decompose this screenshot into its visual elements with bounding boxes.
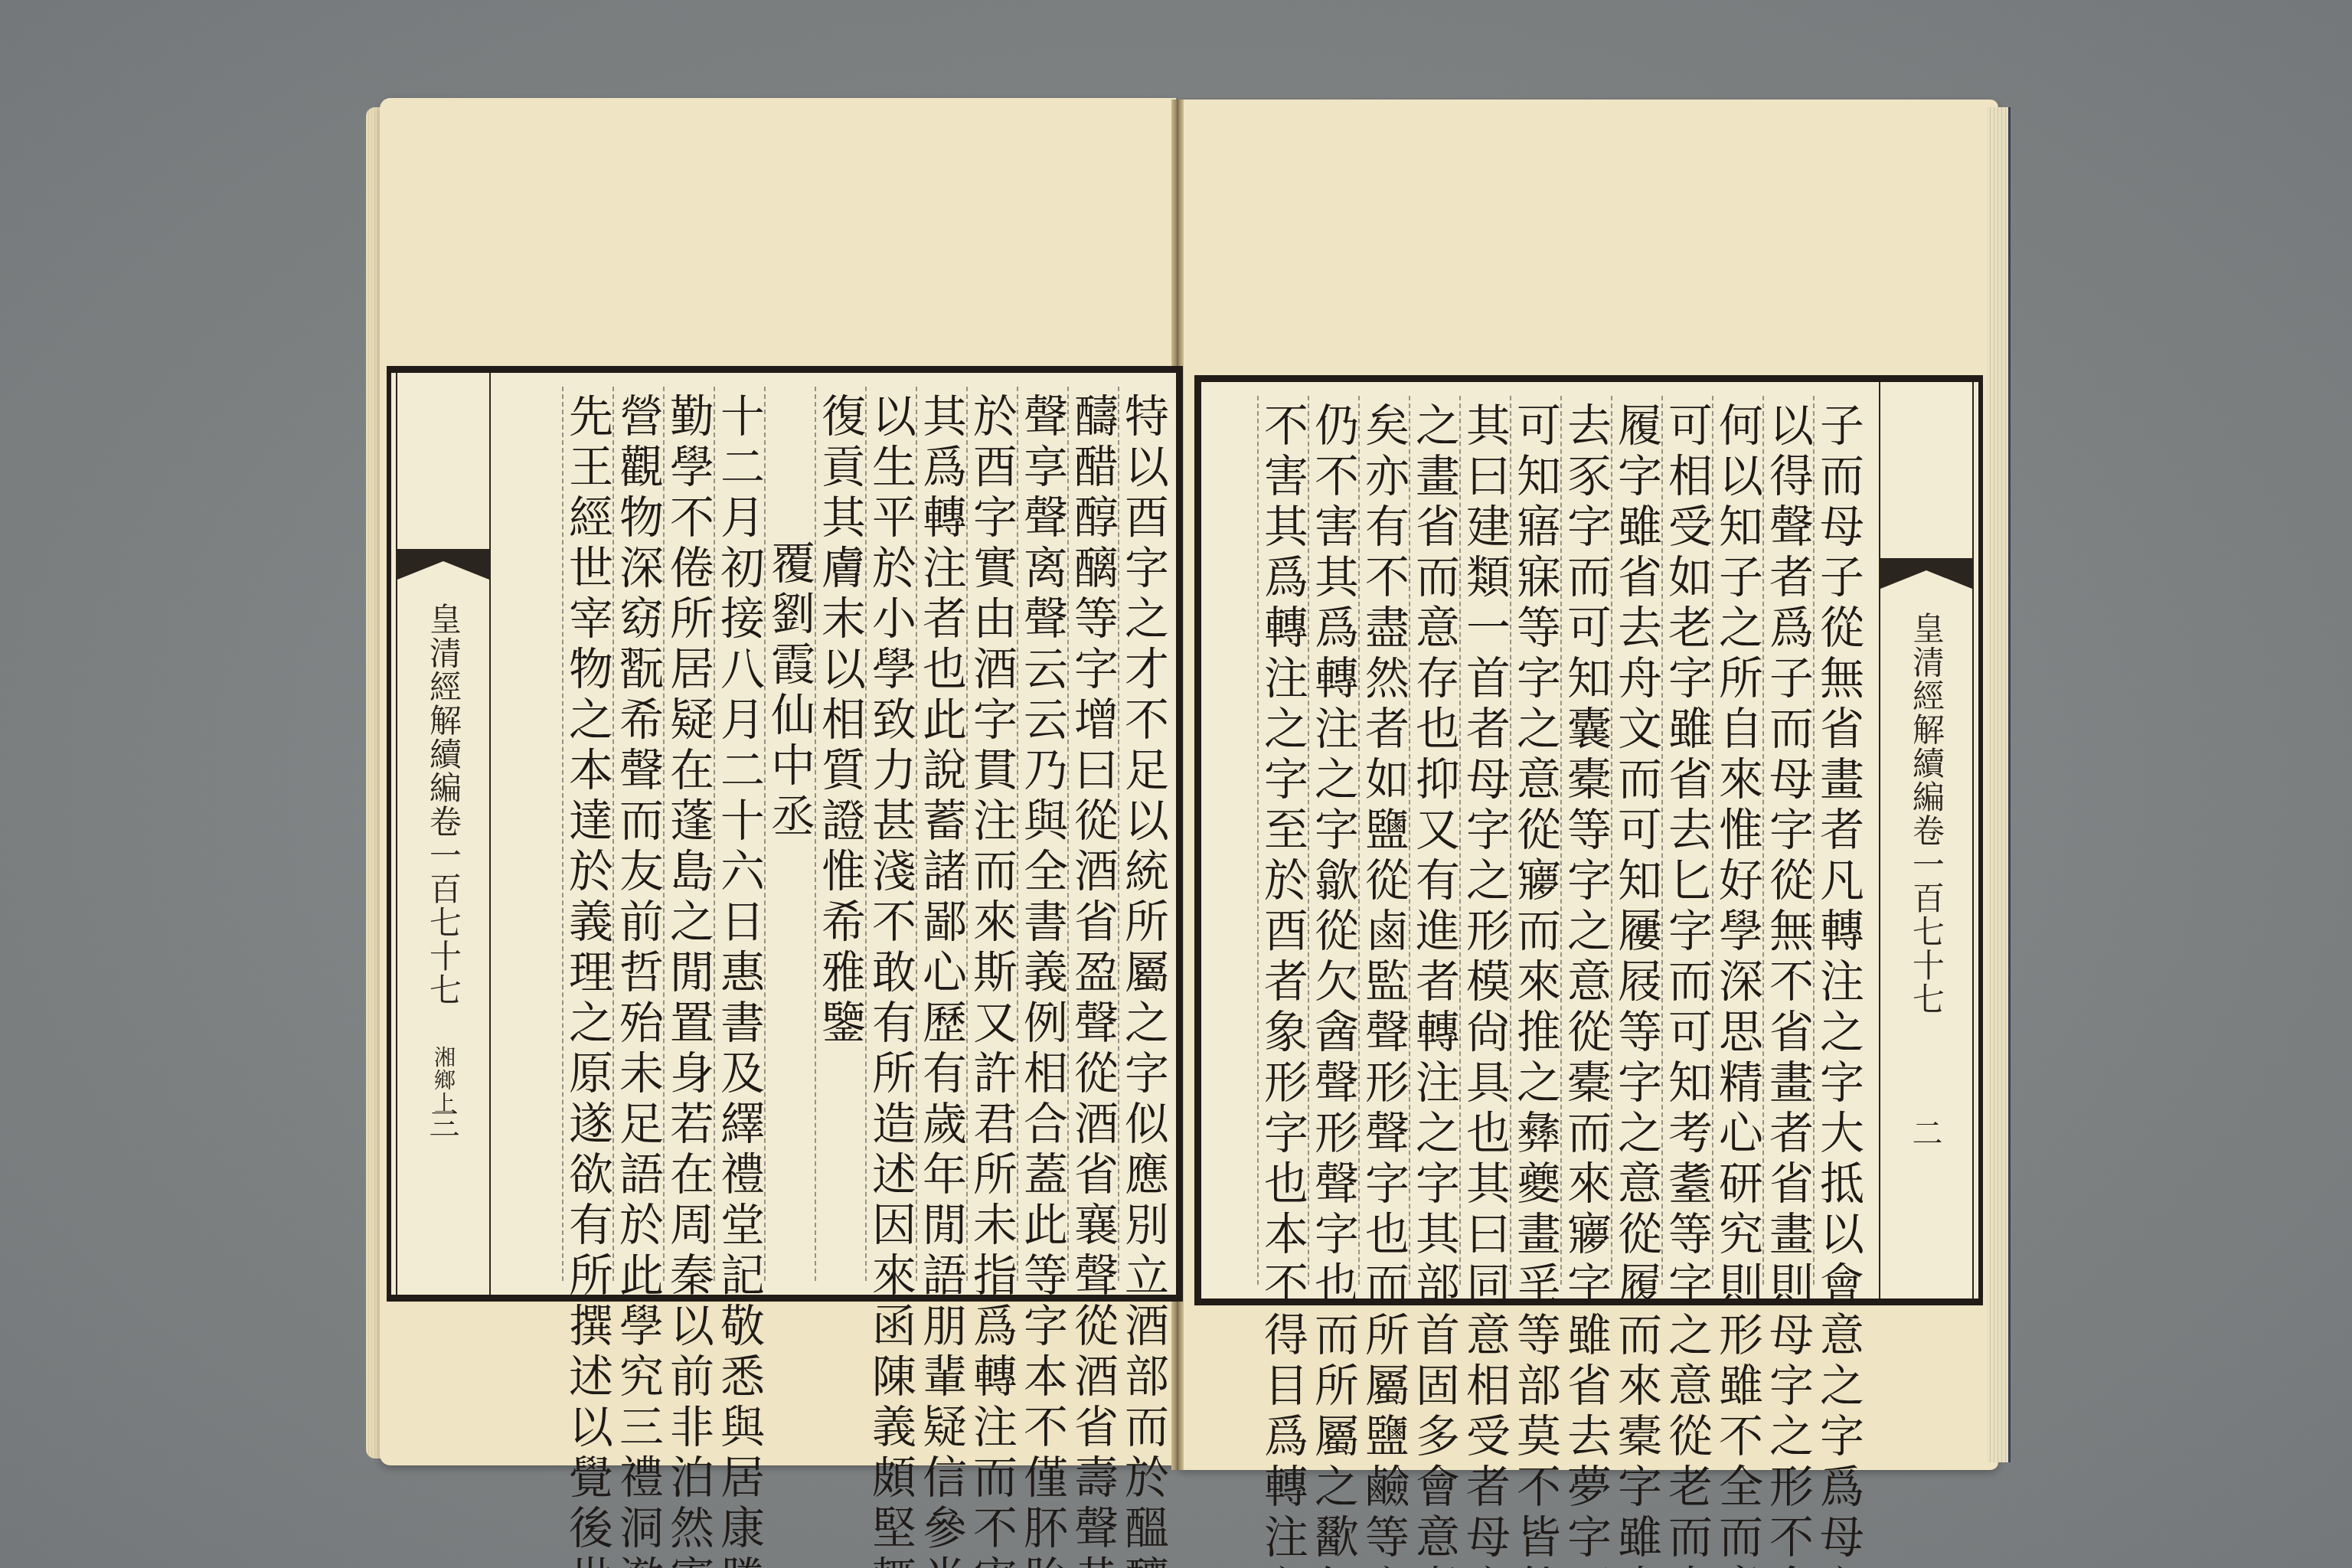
right-page-text-frame: 皇清經解續編卷一百七十七 二 子而母子從無省畫者凡轉注之字大抵以會意之字爲母亦 …	[1194, 375, 1983, 1305]
text-column: 十二月初接八月二十六日惠書及繹禮堂記敬悉與居康勝	[714, 387, 764, 1281]
banxin-title-text: 皇清經解續編卷一百七十七	[1908, 612, 1945, 1016]
text-column: 去豕字而可知囊橐等字之意從橐而來㝱字雖省去夢字而	[1560, 396, 1611, 1285]
text-column: 於酉字實由酒字貫注而來斯又許君所未指爲轉注而不害	[966, 387, 1017, 1281]
text-column: 醻醋醇醨等字增曰從酒省盈聲從酒省襄聲從酒省壽聲昔	[1067, 387, 1118, 1281]
text-column: 可知寤寐等字之意從㝱而來推之彝夔畫㸒等部莫不皆然	[1510, 396, 1560, 1285]
text-column: 可相受如老字雖省去匕字而可知考耋等字之意從老而來	[1661, 396, 1712, 1285]
text-column: 仍不害其爲轉注之字歙從欠酓聲形聲字也而所屬之歠仍	[1308, 396, 1358, 1285]
text-column: 其爲轉注者也此說蓄諸鄙心歷有歲年閒語朋輩疑信參半	[916, 387, 966, 1281]
letter-heading-column: 覆劉霞仙中丞	[764, 387, 815, 1281]
text-column: 勤學不倦所居疑在蓬島之閒置身若在周秦以前非泊然寡	[663, 387, 714, 1281]
text-column: 復貢其膚末以相質證惟希雅鑒	[815, 387, 865, 1281]
text-column: 履字雖省去舟文而可知屨屐等字之意從履而來橐字雖省	[1611, 396, 1661, 1285]
banxin-subtitle: 湘鄉上	[431, 1046, 456, 1115]
text-column: 其曰建類一首者母字之形模尙具也其曰同意相受者母字	[1459, 396, 1510, 1285]
text-column: 矣亦有不盡然者如鹽從鹵監聲形聲字也而所屬鹽鹼等字	[1358, 396, 1409, 1285]
text-column: 何以知子之所自來惟好學深思精心研究則形雖不全而意	[1712, 396, 1762, 1285]
fish-tail-mark	[1880, 558, 1972, 589]
left-text-columns: 特以酉字之才不足以統所屬之字似應別立酒部而於醞釀 醻醋醇醨等字增曰從酒省盈聲從酒…	[529, 387, 1168, 1281]
banxin-title-text: 皇清經解續編卷一百七十七	[425, 603, 462, 1007]
text-column: 之畫省而意存也抑又有進者轉注之字其部首固多會意者	[1409, 396, 1459, 1285]
right-text-columns: 子而母子從無省畫者凡轉注之字大抵以會意之字爲母亦 以得聲者爲子而母字從無不省畫者…	[1217, 396, 1864, 1285]
text-column: 子而母子從無省畫者凡轉注之字大抵以會意之字爲母亦	[1813, 396, 1864, 1285]
left-banxin-title: 皇清經解續編卷一百七十七 湘鄉上	[420, 603, 466, 1115]
right-page-edge	[1987, 107, 2011, 1462]
text-column: 營觀物深窈翫希聲而友前哲殆未足語於此學究三禮洞澈	[612, 387, 663, 1281]
left-page-number: 三	[420, 1108, 464, 1138]
right-banxin: 皇清經解續編卷一百七十七 二	[1879, 382, 1974, 1298]
right-banxin-title: 皇清經解續編卷一百七十七	[1903, 612, 1949, 1016]
text-column: 特以酉字之才不足以統所屬之字似應別立酒部而於醞釀	[1118, 387, 1168, 1281]
text-column: 以得聲者爲子而母字從無不省畫者省畫則母字之形不全	[1762, 396, 1813, 1285]
text-column: 不害其爲轉注之字至於酉者象形字也本不得目爲轉注之部	[1257, 396, 1308, 1285]
right-page-number: 二	[1903, 1117, 1947, 1148]
left-banxin: 皇清經解續編卷一百七十七 湘鄉上 三	[396, 373, 491, 1295]
text-column: 聲享聲离聲云云乃與全書義例相合蓋此等字本不僅肧胎	[1017, 387, 1067, 1281]
fish-tail-mark	[397, 549, 489, 580]
left-page-text-frame: 皇清經解續編卷一百七十七 湘鄉上 三 特以酉字之才不足以統所屬之字似應別立酒部而…	[387, 366, 1183, 1302]
text-column: 先王經世宰物之本達於義理之原遂欲有所撰述以覺後世	[562, 387, 612, 1281]
text-column: 以生平於小學致力甚淺不敢有所造述因來函陳義頗堅輒	[865, 387, 916, 1281]
